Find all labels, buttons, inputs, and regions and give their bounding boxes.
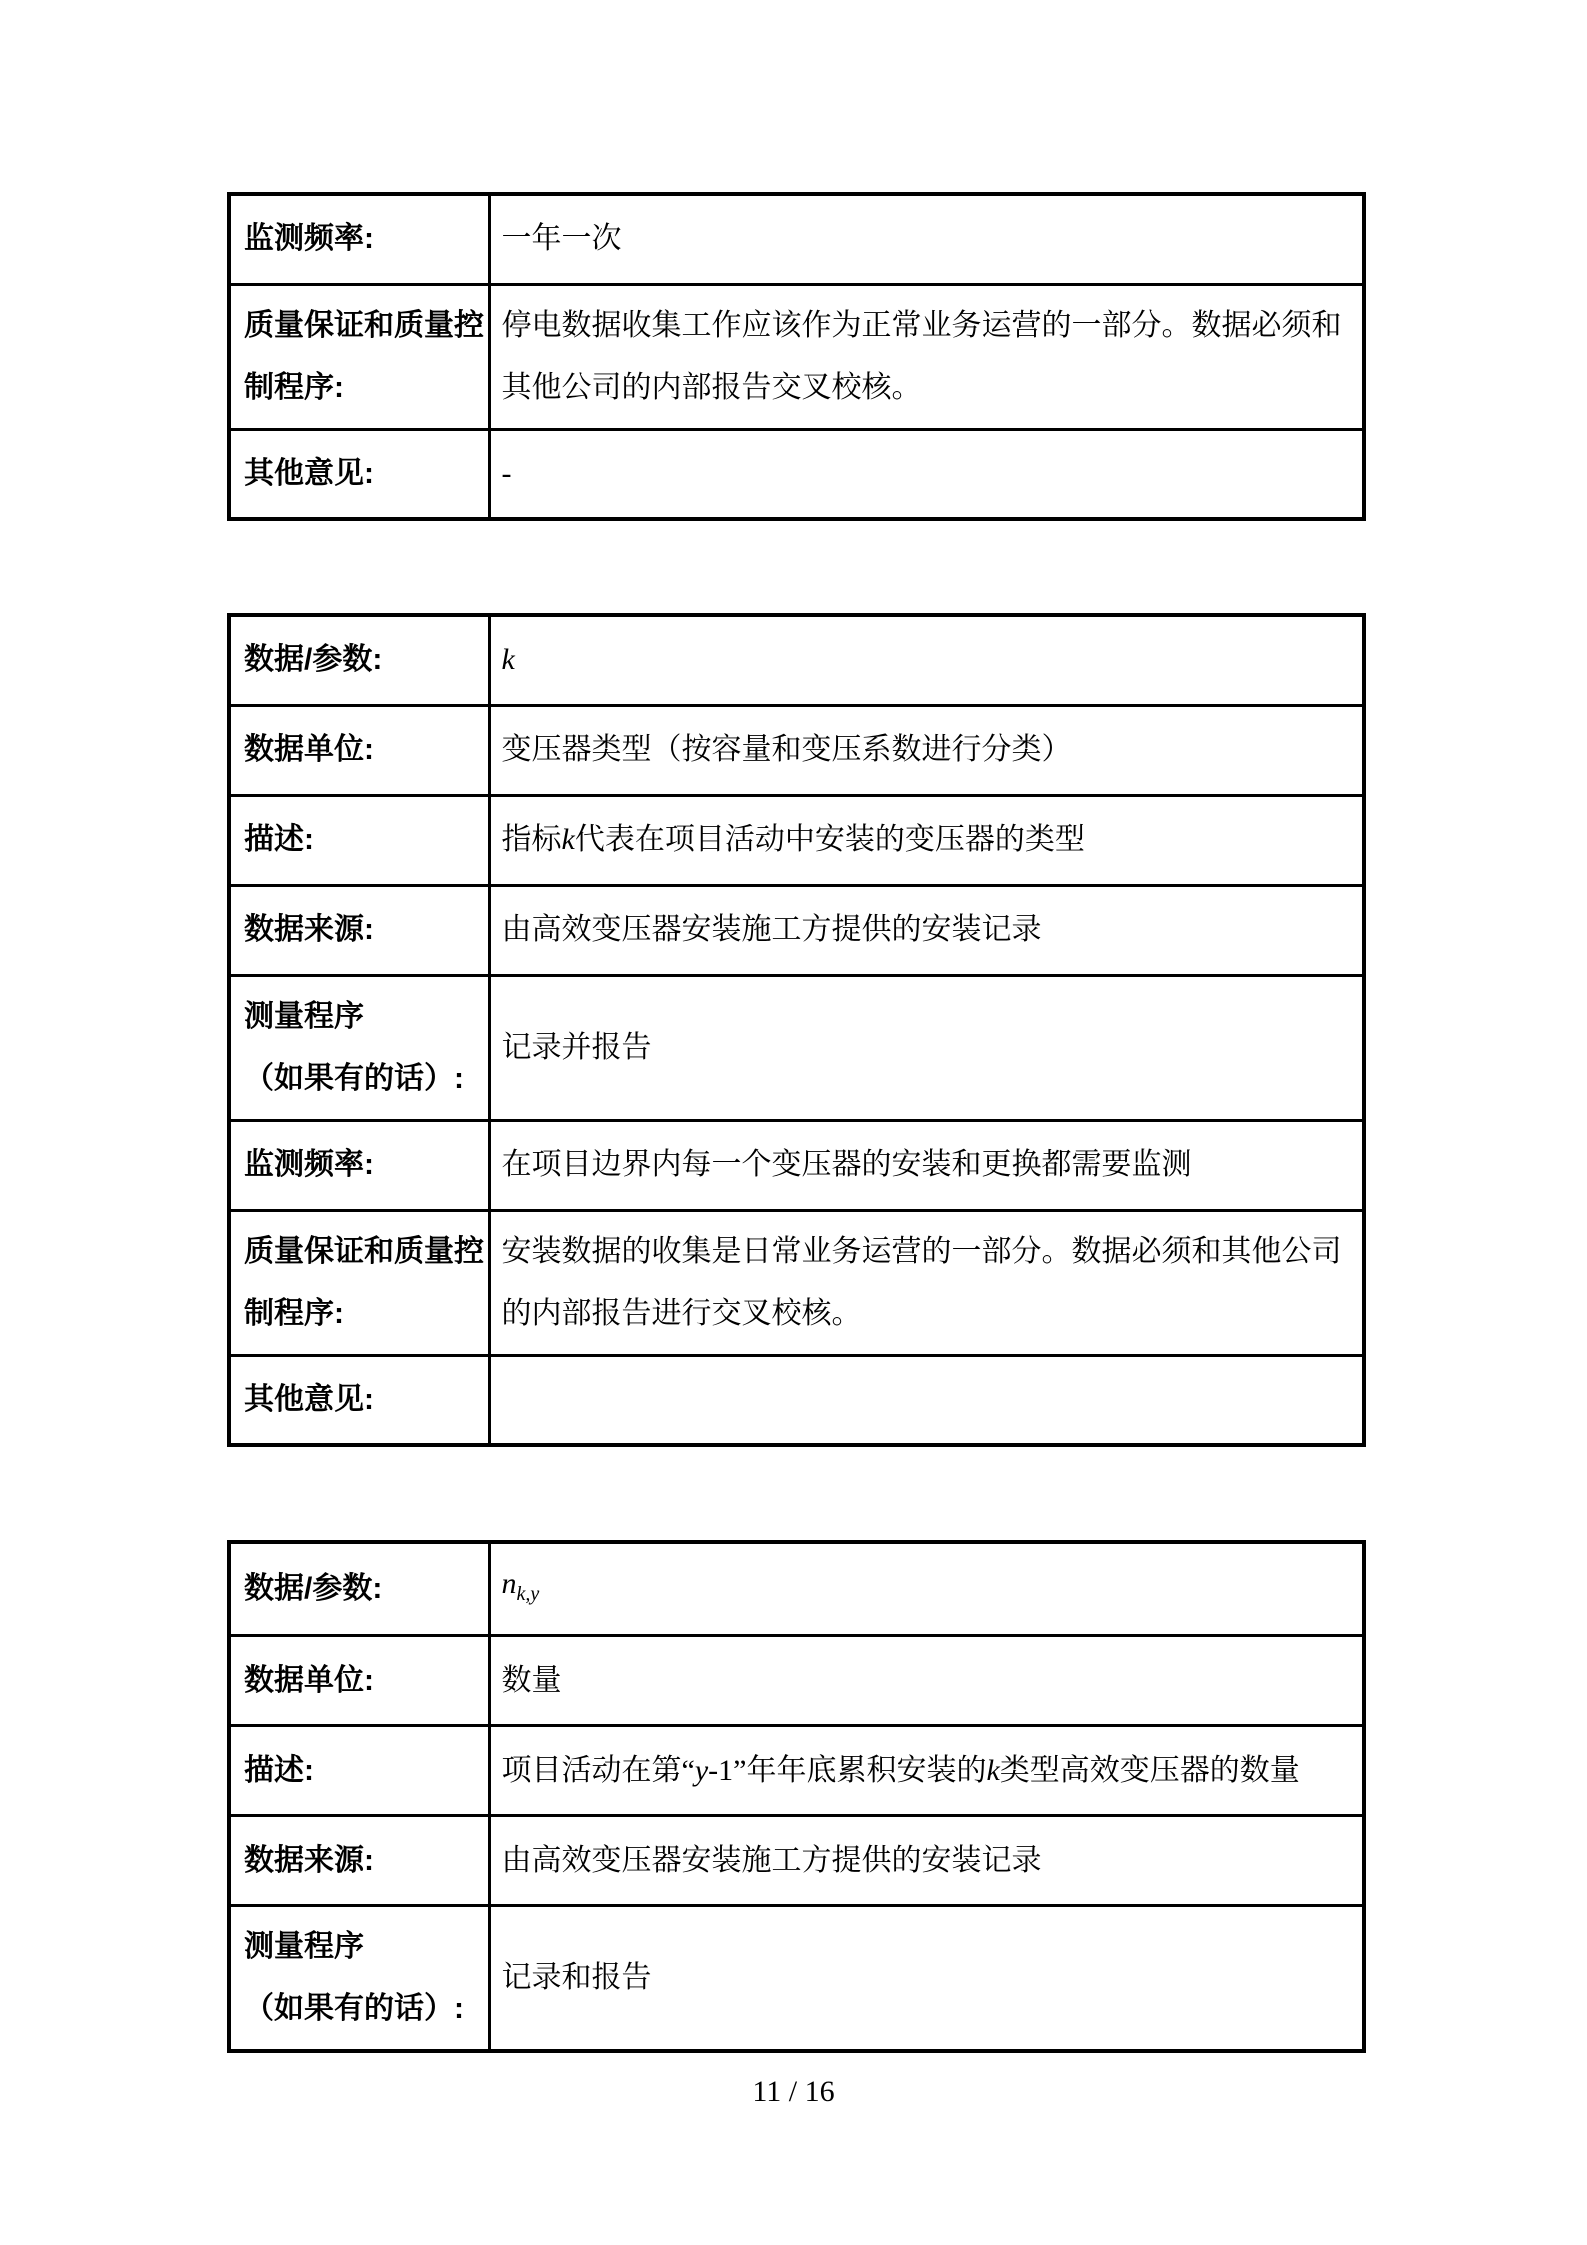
value-text: k [986,1754,999,1787]
table-row: 质量保证和质量控 制程序:停电数据收集工作应该作为正常业务运营的一部分。数据必须… [229,284,1364,429]
document-page: 监测频率:一年一次质量保证和质量控 制程序:停电数据收集工作应该作为正常业务运营… [0,0,1587,2245]
row-label: 数据/参数: [229,615,489,705]
table-row: 数据/参数:nk,y [229,1542,1364,1636]
value-text: 在项目边界内每一个变压器的安装和更换都需要监测 [502,1148,1192,1181]
row-label: 其他意见: [229,429,489,519]
value-subscript: k,y [517,1583,540,1605]
row-value: 一年一次 [489,194,1364,284]
row-label: 数据单位: [229,1636,489,1726]
row-label: 质量保证和质量控 制程序: [229,284,489,429]
row-value: 安装数据的收集是日常业务运营的一部分。数据必须和其他公司的内部报告进行交叉校核。 [489,1210,1364,1355]
value-text: 记录和报告 [502,1961,652,1994]
row-label: 监测频率: [229,194,489,284]
row-label: 质量保证和质量控 制程序: [229,1210,489,1355]
row-label: 监测频率: [229,1120,489,1210]
table-row: 其他意见:- [229,429,1364,519]
table-row: 数据来源:由高效变压器安装施工方提供的安装记录 [229,1816,1364,1906]
row-value: 数量 [489,1636,1364,1726]
row-value: k [489,615,1364,705]
value-text: y [695,1754,708,1787]
parameter-k-table: 数据/参数:k数据单位:变压器类型（按容量和变压系数进行分类）描述:指标k代表在… [227,613,1366,1447]
row-value: 记录并报告 [489,975,1364,1120]
row-value: 在项目边界内每一个变压器的安装和更换都需要监测 [489,1120,1364,1210]
table-row: 描述:项目活动在第“y-1”年年底累积安装的k类型高效变压器的数量 [229,1726,1364,1816]
row-label: 描述: [229,795,489,885]
row-label: 数据来源: [229,1816,489,1906]
value-text: 由高效变压器安装施工方提供的安装记录 [502,1844,1042,1877]
value-text: - [502,457,512,490]
table-row: 测量程序 （如果有的话）:记录并报告 [229,975,1364,1120]
row-label: 描述: [229,1726,489,1816]
table-row: 数据/参数:k [229,615,1364,705]
row-value: 由高效变压器安装施工方提供的安装记录 [489,1816,1364,1906]
value-text: 由高效变压器安装施工方提供的安装记录 [502,913,1042,946]
row-label: 数据/参数: [229,1542,489,1636]
value-text: 记录并报告 [502,1031,652,1064]
table-row: 描述:指标k代表在项目活动中安装的变压器的类型 [229,795,1364,885]
table-row: 数据单位:变压器类型（按容量和变压系数进行分类） [229,705,1364,795]
page-number: 11 / 16 [0,2075,1587,2109]
table-row: 监测频率:在项目边界内每一个变压器的安装和更换都需要监测 [229,1120,1364,1210]
value-text: -1”年年底累积安装的 [708,1754,986,1787]
parameter-nky-table: 数据/参数:nk,y数据单位:数量描述:项目活动在第“y-1”年年底累积安装的k… [227,1540,1366,2053]
table-row: 其他意见: [229,1355,1364,1445]
value-text: 指标 [502,823,562,856]
value-text: 变压器类型（按容量和变压系数进行分类） [502,733,1072,766]
value-text: k [562,823,575,856]
monitoring-frequency-table: 监测频率:一年一次质量保证和质量控 制程序:停电数据收集工作应该作为正常业务运营… [227,192,1366,521]
row-label: 数据单位: [229,705,489,795]
row-value: 停电数据收集工作应该作为正常业务运营的一部分。数据必须和其他公司的内部报告交叉校… [489,284,1364,429]
value-text: 安装数据的收集是日常业务运营的一部分。数据必须和其他公司的内部报告进行交叉校核。 [502,1235,1342,1330]
row-label: 数据来源: [229,885,489,975]
value-text: n [502,1567,517,1600]
value-text: 项目活动在第“ [502,1754,695,1787]
table-row: 质量保证和质量控 制程序:安装数据的收集是日常业务运营的一部分。数据必须和其他公… [229,1210,1364,1355]
row-value [489,1355,1364,1445]
row-value: 由高效变压器安装施工方提供的安装记录 [489,885,1364,975]
row-value: 项目活动在第“y-1”年年底累积安装的k类型高效变压器的数量 [489,1726,1364,1816]
table-row: 数据来源:由高效变压器安装施工方提供的安装记录 [229,885,1364,975]
table-row: 测量程序 （如果有的话）:记录和报告 [229,1906,1364,2052]
row-value: 变压器类型（按容量和变压系数进行分类） [489,705,1364,795]
table-row: 监测频率:一年一次 [229,194,1364,284]
value-text: 代表在项目活动中安装的变压器的类型 [575,823,1085,856]
row-label: 其他意见: [229,1355,489,1445]
value-text: 数量 [502,1664,562,1697]
value-text: k [502,643,515,676]
row-label: 测量程序 （如果有的话）: [229,1906,489,2052]
value-text: 类型高效变压器的数量 [1000,1754,1300,1787]
table-row: 数据单位:数量 [229,1636,1364,1726]
row-value: - [489,429,1364,519]
row-value: 指标k代表在项目活动中安装的变压器的类型 [489,795,1364,885]
row-label: 测量程序 （如果有的话）: [229,975,489,1120]
row-value: nk,y [489,1542,1364,1636]
row-value: 记录和报告 [489,1906,1364,2052]
value-text: 一年一次 [502,222,622,255]
value-text: 停电数据收集工作应该作为正常业务运营的一部分。数据必须和其他公司的内部报告交叉校… [502,309,1342,404]
